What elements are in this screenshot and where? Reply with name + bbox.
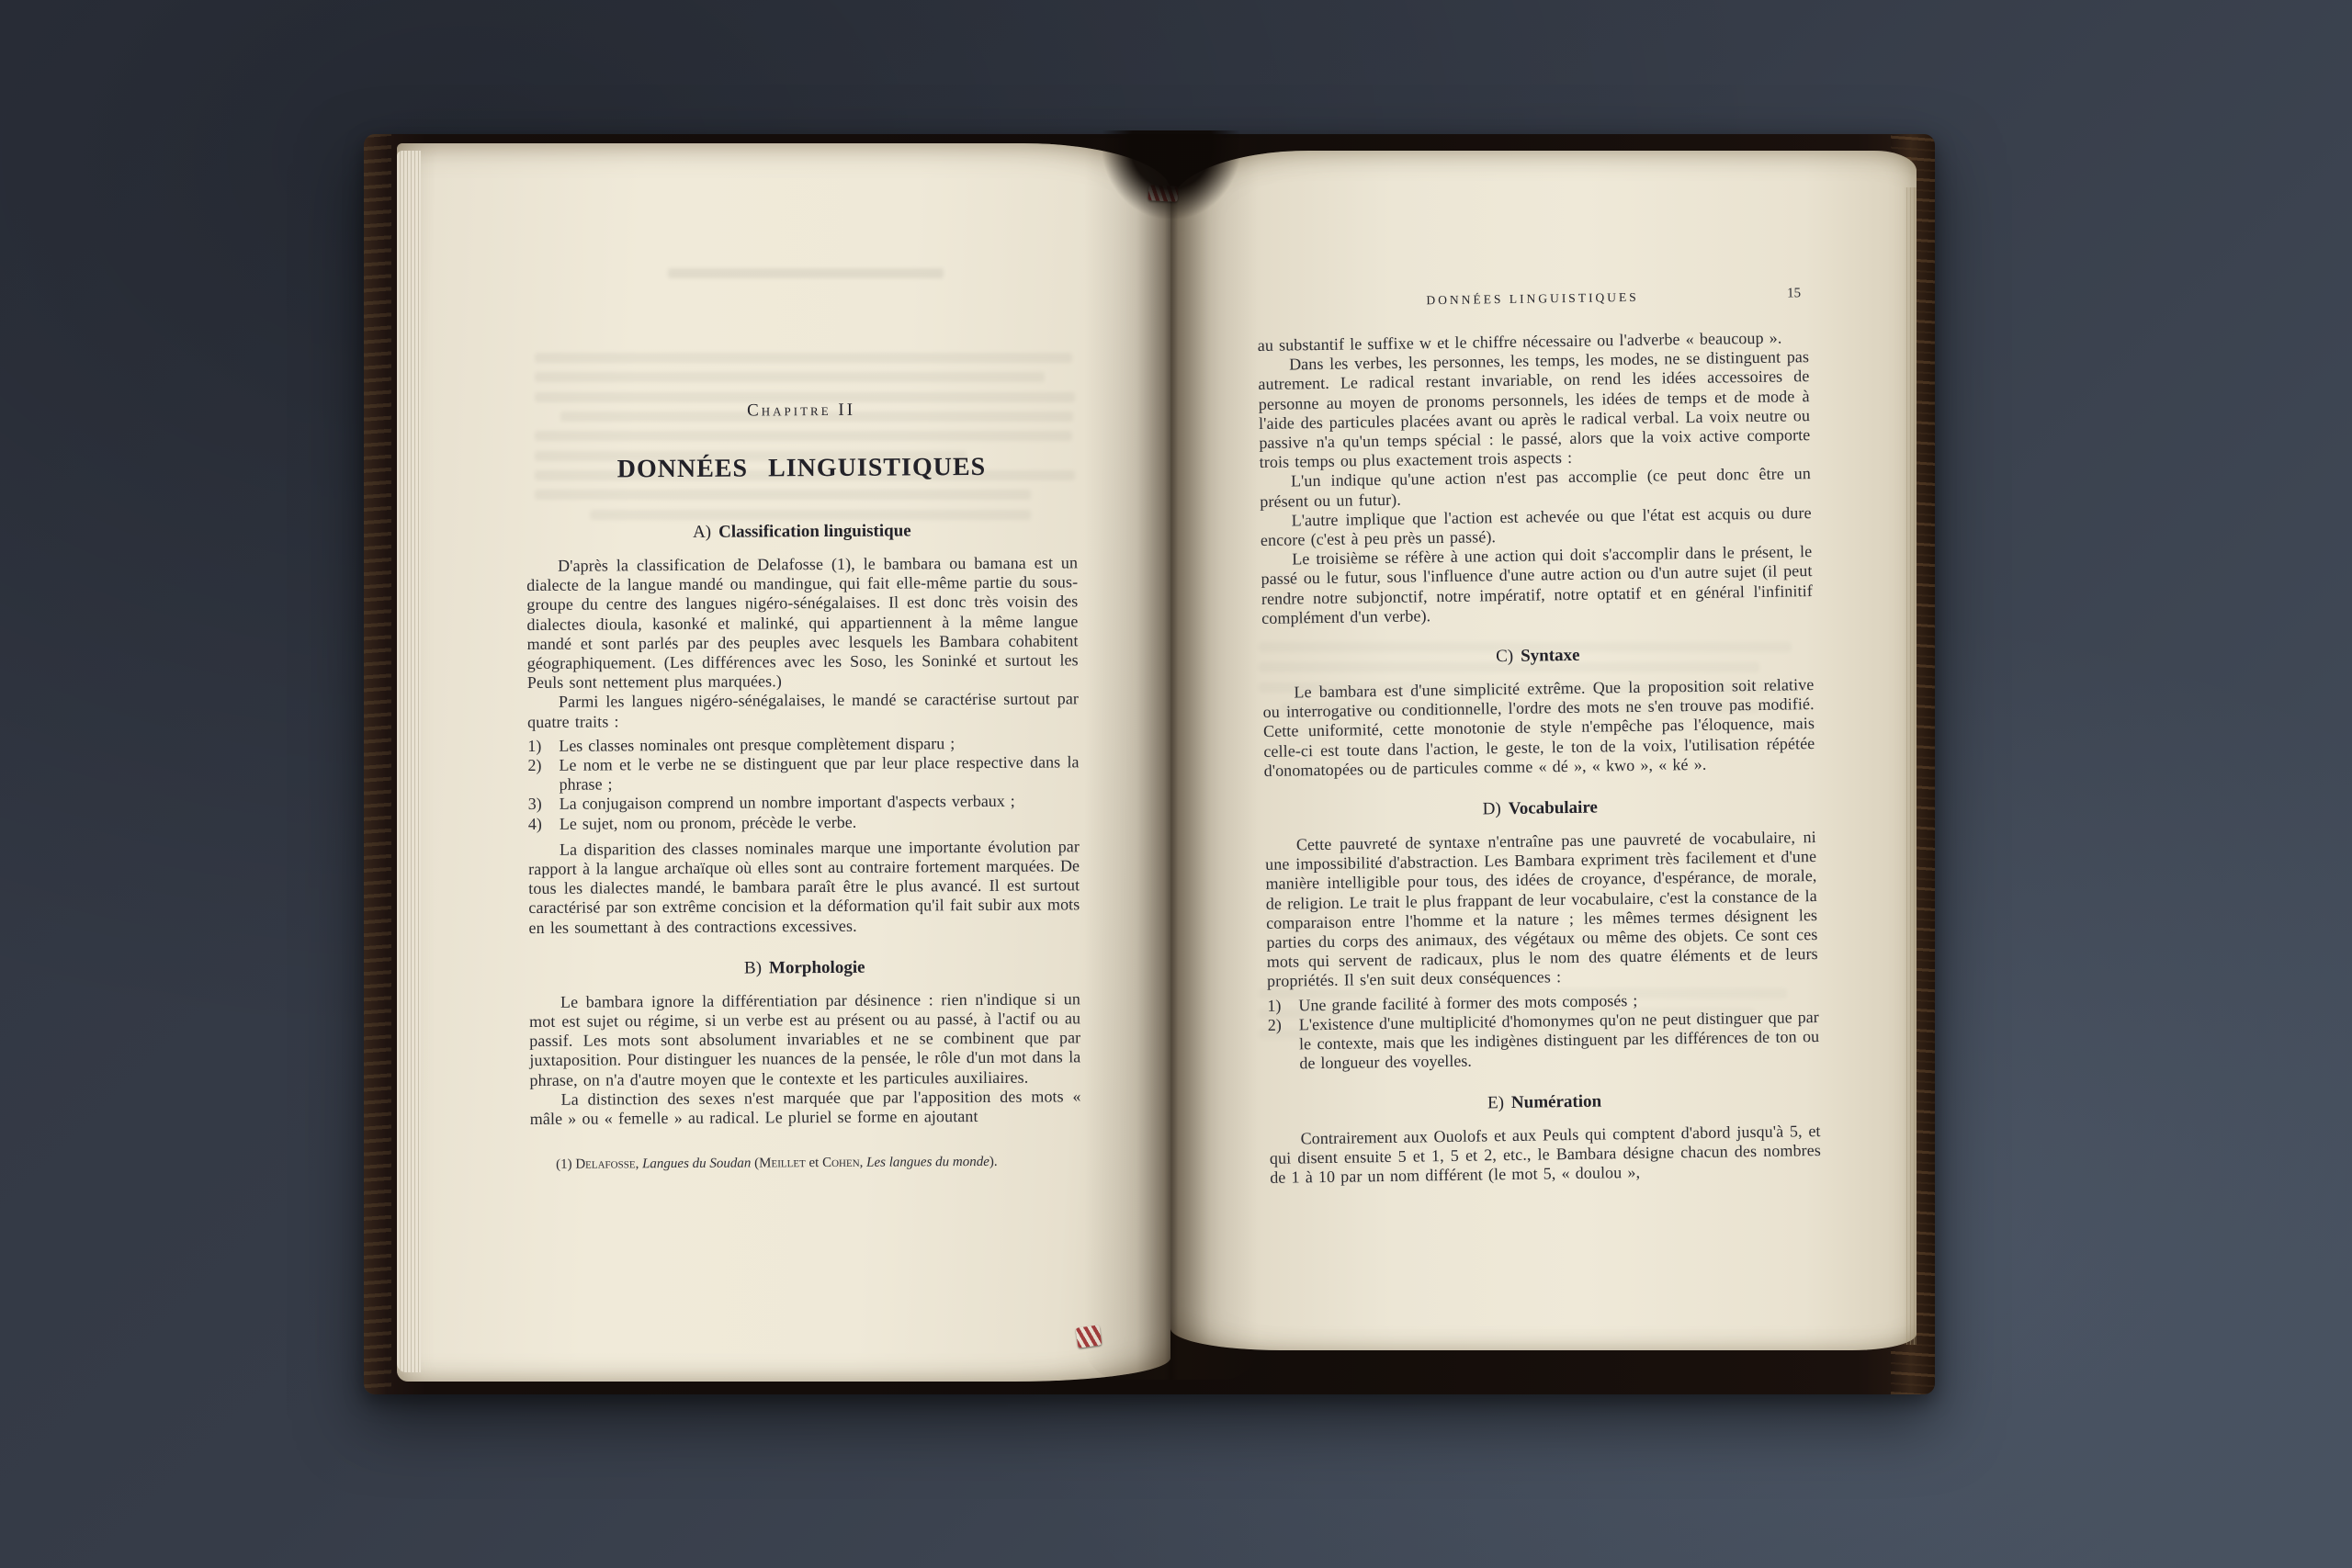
section-heading-a: A)Classification linguistique: [526, 520, 1078, 544]
list-item-text: L'existence d'une multiplicité d'homonym…: [1299, 1008, 1820, 1074]
footnote-work-title: Langues du Soudan: [642, 1156, 751, 1172]
page-number: 15: [1787, 286, 1801, 301]
chapter-title: DONNÉES LINGUISTIQUES: [526, 452, 1077, 485]
footnote-editor: Cohen: [822, 1156, 860, 1170]
list-item: 2)L'existence d'une multiplicité d'homon…: [1268, 1008, 1820, 1075]
paragraph: D'après la classification de Delafosse (…: [526, 553, 1079, 693]
section-letter: C): [1496, 647, 1513, 666]
list-item-number: 2): [1268, 1015, 1300, 1074]
section-title: Vocabulaire: [1509, 798, 1598, 818]
paragraph: La disparition des classes nominales mar…: [528, 837, 1080, 938]
section-heading-b: B)Morphologie: [529, 956, 1080, 980]
footnote-text: (: [751, 1156, 759, 1171]
list-item-number: 4): [528, 814, 560, 833]
right-page-content: DONNÉES LINGUISTIQUES 15 au substantif l…: [1257, 288, 1821, 1188]
spine-headband-bottom-icon: [1076, 1325, 1102, 1348]
footnote-editor: Meillet: [759, 1156, 806, 1170]
list-item-text: Le sujet, nom ou pronom, précède le verb…: [560, 811, 1080, 834]
paragraph: Le troisième se réfère à une action qui …: [1261, 542, 1813, 628]
running-head: DONNÉES LINGUISTIQUES: [1257, 288, 1808, 310]
section-heading-d: D)Vocabulaire: [1264, 795, 1815, 823]
section-title: Classification linguistique: [718, 521, 911, 541]
section-title: Numération: [1511, 1091, 1601, 1111]
right-page: DONNÉES LINGUISTIQUES 15 au substantif l…: [1170, 151, 1917, 1350]
footnote-text: et: [806, 1156, 822, 1170]
list-item-number: 1): [527, 737, 559, 756]
list-item-number: 1): [1267, 996, 1298, 1016]
left-page: Chapitre II DONNÉES LINGUISTIQUES A)Clas…: [397, 143, 1170, 1382]
list-item: 4)Le sujet, nom ou pronom, précède le ve…: [528, 811, 1080, 834]
section-title: Syntaxe: [1521, 646, 1580, 666]
footnote-author: Delafosse: [575, 1157, 635, 1172]
right-page-body: au substantif le suffixe w et le chiffre…: [1258, 328, 1822, 1188]
section-heading-e: E)Numération: [1269, 1089, 1820, 1117]
spine-headband-top-icon: [1148, 185, 1179, 202]
section-title: Morphologie: [769, 958, 865, 978]
paragraph: Cette pauvreté de syntaxe n'entraîne pas…: [1265, 828, 1818, 992]
numbered-list: 1)Une grande facilité à former des mots …: [1267, 988, 1819, 1075]
list-item-number: 2): [527, 756, 559, 795]
footnote: (1) Delafosse, Langues du Soudan (Meille…: [530, 1154, 1081, 1175]
footnote-text: ).: [989, 1155, 998, 1169]
section-heading-c: C)Syntaxe: [1262, 642, 1814, 671]
numbered-list: 1)Les classes nominales ont presque comp…: [527, 733, 1080, 834]
paragraph: Le bambara ignore la différentiation par…: [529, 989, 1081, 1090]
section-letter: B): [744, 958, 762, 977]
paragraph: La distinction des sexes n'est marquée q…: [530, 1087, 1081, 1129]
section-letter: A): [693, 523, 711, 542]
paragraph: Le bambara est d'une simplicité extrême.…: [1262, 675, 1815, 781]
footnote-marker: (1): [556, 1157, 572, 1172]
list-item-text: Le nom et le verbe ne se distinguent que…: [559, 752, 1079, 795]
left-page-content: Chapitre II DONNÉES LINGUISTIQUES A)Clas…: [526, 399, 1081, 1174]
section-letter: D): [1483, 799, 1501, 818]
section-letter: E): [1487, 1093, 1504, 1112]
paragraph: Contrairement aux Ouolofs et aux Peuls q…: [1269, 1121, 1821, 1188]
list-item-number: 3): [528, 795, 560, 814]
footnote-text: ,: [636, 1157, 643, 1172]
chapter-label: Chapitre II: [526, 399, 1077, 423]
running-head-row: DONNÉES LINGUISTIQUES 15: [1257, 288, 1808, 314]
paragraph: Dans les verbes, les personnes, les temp…: [1258, 347, 1811, 472]
paragraph: Parmi les langues nigéro-sénégalaises, l…: [527, 690, 1079, 732]
footnote-work-title: Les langues du monde: [866, 1155, 989, 1170]
list-item: 2)Le nom et le verbe ne se distinguent q…: [527, 752, 1079, 795]
photo-backdrop: Chapitre II DONNÉES LINGUISTIQUES A)Clas…: [0, 0, 2352, 1568]
